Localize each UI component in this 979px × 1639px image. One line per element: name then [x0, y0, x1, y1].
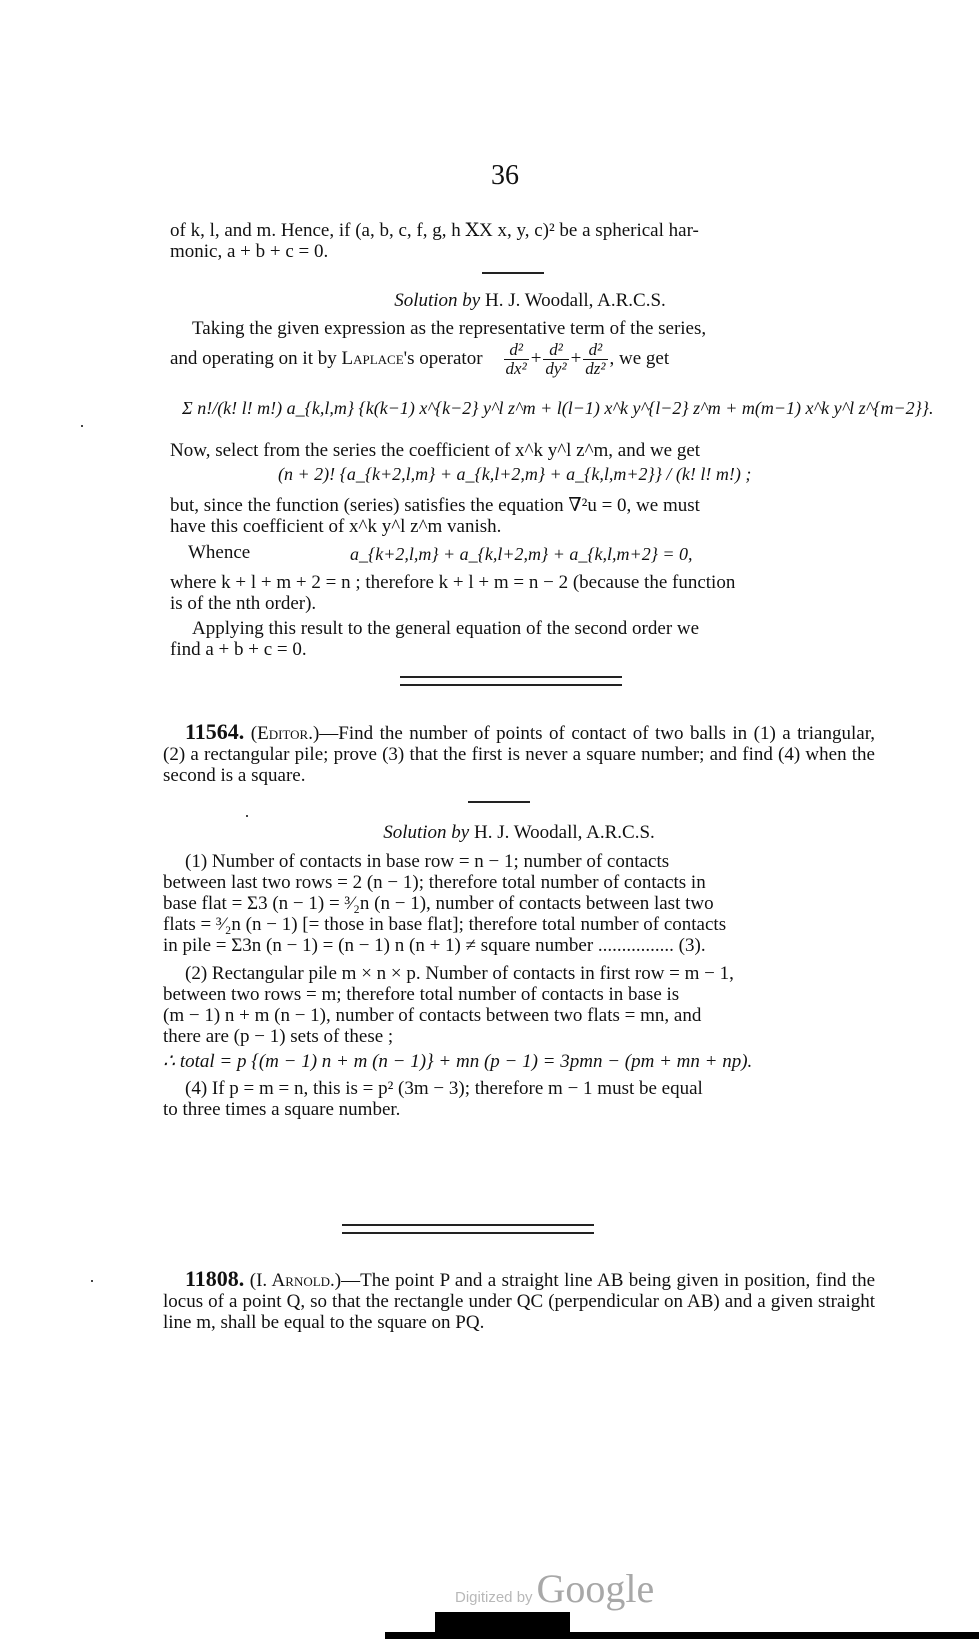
- solution-1-para-2: Now, select from the series the coeffici…: [170, 440, 890, 461]
- problem-proposer: (Editor.): [251, 723, 320, 744]
- solution-author: H. J. Woodall, A.R.C.S.: [474, 822, 655, 843]
- solution-label: Solution by: [383, 822, 469, 843]
- operator-d2-dx2: d²dx²: [504, 341, 529, 378]
- google-logo: Google: [537, 1566, 655, 1611]
- solution-1-para-3: but, since the function (series) satisfi…: [170, 495, 890, 537]
- operator-d2-dz2: d²dz²: [583, 341, 607, 378]
- operator-d2-dy2: d²dy²: [543, 341, 568, 378]
- part-1-line: base flat = Σ3 (n − 1) = ³⁄₂n (n − 1), n…: [163, 893, 875, 914]
- laplacian-series-equation: Σ n!/(k! l! m!) a_{k,l,m} {k(k−1) x^{k−2…: [182, 398, 934, 419]
- part-2-line: there are (p − 1) sets of these ;: [163, 1026, 875, 1047]
- whence-equation: a_{k+2,l,m} + a_{k,l+2,m} + a_{k,l,m+2} …: [350, 544, 693, 565]
- part-1-line: (1) Number of contacts in base row = n −…: [163, 851, 875, 872]
- part-2-line: between two rows = m; therefore total nu…: [163, 984, 875, 1005]
- problem-11564: 11564. (Editor.)—Find the number of poin…: [163, 721, 875, 786]
- scan-speck: [81, 425, 83, 427]
- page-number: 36: [0, 160, 979, 192]
- digitized-by-google-watermark: Digitized by Google: [455, 1565, 654, 1612]
- solution-1-heading: Solution by H. J. Woodall, A.R.C.S.: [170, 290, 890, 311]
- solution-2: Solution by H. J. Woodall, A.R.C.S. (1) …: [163, 822, 875, 1120]
- solution-1-para-1: Taking the given expression as the repre…: [170, 318, 890, 339]
- laplace-name: Laplace: [342, 348, 404, 369]
- part-1-line: in pile = Σ3n (n − 1) = (n − 1) n (n + 1…: [163, 935, 875, 956]
- solution-1-para-4: where k + l + m + 2 = n ; therefore k + …: [170, 572, 890, 660]
- solution-1: Solution by H. J. Woodall, A.R.C.S. Taki…: [170, 290, 890, 378]
- part-1-line: between last two rows = 2 (n − 1); there…: [163, 872, 875, 893]
- section-rule: [482, 272, 544, 274]
- part-2-line: (m − 1) n + m (n − 1), number of contact…: [163, 1005, 875, 1026]
- coefficient-equation: (n + 2)! {a_{k+2,l,m} + a_{k,l+2,m} + a_…: [278, 464, 751, 485]
- part-1-line: flats = ³⁄₂n (n − 1) [= those in base fl…: [163, 914, 875, 935]
- problem-number: 11808.: [185, 1266, 244, 1291]
- scan-speck: [91, 1280, 93, 1282]
- scan-edge-block: [435, 1612, 570, 1639]
- section-double-rule: [400, 676, 622, 686]
- solution-1-operator-line: and operating on it by Laplace's operato…: [170, 341, 890, 378]
- tail-line-2: monic, a + b + c = 0.: [170, 241, 328, 262]
- solution-1-body: Now, select from the series the coeffici…: [170, 440, 890, 461]
- solution-2-heading: Solution by H. J. Woodall, A.R.C.S.: [163, 822, 875, 843]
- problem-11808: 11808. (I. Arnold.)—The point P and a st…: [163, 1268, 875, 1333]
- digitized-label: Digitized by: [455, 1589, 533, 1606]
- part-4-line: (4) If p = m = n, this is = p² (3m − 3);…: [163, 1078, 875, 1099]
- solution-label: Solution by: [394, 290, 480, 311]
- problem-proposer: (I. Arnold.): [250, 1270, 341, 1291]
- section-rule: [468, 801, 530, 803]
- section-double-rule: [342, 1224, 594, 1234]
- part-2-line: (2) Rectangular pile m × n × p. Number o…: [163, 963, 875, 984]
- solution-author: H. J. Woodall, A.R.C.S.: [485, 290, 666, 311]
- tail-line-1: of k, l, and m. Hence, if (a, b, c, f, g…: [170, 220, 699, 241]
- problem-number: 11564.: [185, 719, 244, 744]
- scan-speck: [246, 815, 248, 817]
- part-4-line: to three times a square number.: [163, 1099, 875, 1120]
- previous-problem-tail: of k, l, and m. Hence, if (a, b, c, f, g…: [170, 220, 890, 262]
- total-equation: ∴ total = p {(m − 1) n + m (n − 1)} + mn…: [163, 1051, 875, 1072]
